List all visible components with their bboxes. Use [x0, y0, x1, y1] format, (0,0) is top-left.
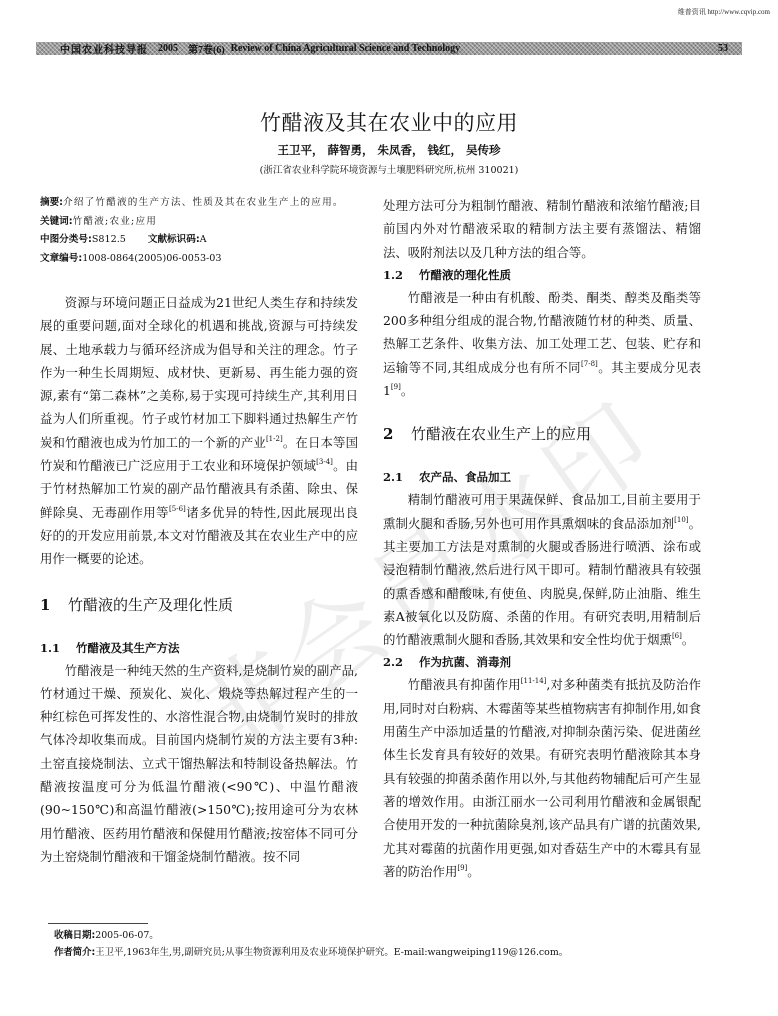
abstract-label: 摘要:	[40, 197, 63, 208]
citation: [9]	[391, 383, 401, 391]
doc-code-value: A	[200, 234, 207, 245]
section-2-1-paragraph: 精制竹醋液可用于果蔬保鲜、食品加工,目前主要用于熏制火腿和香肠,另外也可用作具熏…	[383, 488, 701, 651]
article-no-label: 文章编号:	[40, 253, 82, 264]
section-2-1-heading: 2.1农产品、食品加工	[383, 466, 701, 488]
abstract-text: 介绍了竹醋液的生产方法、性质及其在农业生产上的应用。	[63, 197, 344, 208]
left-column: 摘要:介绍了竹醋液的生产方法、性质及其在农业生产上的应用。 关键词:竹醋液;农业…	[40, 194, 358, 868]
keywords: 关键词:竹醋液;农业;应用	[40, 213, 358, 232]
classification: 中图分类号:S812.5文献标识码:A	[40, 231, 358, 250]
section-1-2-heading: 1.2竹醋液的理化性质	[383, 264, 701, 286]
abstract: 摘要:介绍了竹醋液的生产方法、性质及其在农业生产上的应用。	[40, 194, 358, 213]
section-2-2-paragraph: 竹醋液具有抑菌作用[11-14],对多种菌类有抵抗及防治作用,同时对白粉病、木霉…	[383, 673, 701, 883]
journal-header-bar: 中国农业科技导报 2005 第7卷(6) Review of China Agr…	[36, 42, 742, 55]
section-1-1-paragraph: 竹醋液是一种纯天然的生产资料,是烧制竹炭的副产品,竹材通过干燥、预炭化、炭化、煅…	[40, 659, 358, 869]
section-1-heading: 1竹醋液的生产及理化性质	[40, 593, 358, 617]
footnotes: 收稿日期:2005-06-07。 作者简介:王卫平,1963年生,男,副研究员;…	[54, 928, 754, 961]
received-date: 收稿日期:2005-06-07。	[54, 928, 754, 945]
article-number: 文章编号:1008-0864(2005)06-0053-03	[40, 250, 358, 269]
section-2-2-heading: 2.2作为抗菌、消毒剂	[383, 651, 701, 673]
citation: [1-2]	[266, 435, 283, 443]
citation: [6]	[672, 632, 682, 640]
keywords-label: 关键词:	[40, 216, 73, 227]
journal-name: 中国农业科技导报	[60, 41, 148, 56]
journal-volume: 第7卷(6)	[188, 41, 225, 56]
section-1-1-heading: 1.1竹醋液及其生产方法	[40, 637, 358, 659]
article-meta: 摘要:介绍了竹醋液的生产方法、性质及其在农业生产上的应用。 关键词:竹醋液;农业…	[40, 194, 358, 268]
citation: [3-4]	[316, 458, 333, 466]
article-no-value: 1008-0864(2005)06-0053-03	[82, 253, 221, 264]
section-1-2-paragraph: 竹醋液是一种由有机酸、酚类、酮类、醇类及酯类等200多种组分组成的混合物,竹醋液…	[383, 286, 701, 402]
keywords-text: 竹醋液;农业;应用	[73, 216, 157, 227]
section-2-heading: 2竹醋液在农业生产上的应用	[383, 422, 701, 446]
clc-label: 中图分类号:	[40, 234, 92, 245]
doc-code-label: 文献标识码:	[148, 234, 200, 245]
citation: [10]	[674, 516, 688, 524]
author-bio: 作者简介:王卫平,1963年生,男,副研究员;从事生物资源利用及农业环境保护研究…	[54, 945, 754, 962]
journal-english-name: Review of China Agricultural Science and…	[231, 43, 460, 54]
page-number: 53	[718, 43, 728, 54]
citation: [11-14]	[521, 677, 547, 685]
journal-year: 2005	[158, 43, 178, 54]
right-column: 处理方法可分为粗制竹醋液、精制竹醋液和浓缩竹醋液;目前国内外对竹醋液采取的精制方…	[383, 194, 701, 883]
affiliation: (浙江省农业科学院环境资源与土壤肥料研究所,杭州 310021)	[0, 162, 778, 176]
author-list: 王卫平， 薛智勇， 朱凤香， 钱红， 吴传珍	[0, 142, 778, 158]
section-1-1-continued: 处理方法可分为粗制竹醋液、精制竹醋液和浓缩竹醋液;目前国内外对竹醋液采取的精制方…	[383, 194, 701, 264]
citation: [9]	[457, 864, 467, 872]
citation: [5-6]	[169, 505, 186, 513]
intro-paragraph: 资源与环境问题正日益成为21世纪人类生存和持续发展的重要问题,面对全球化的机遇和…	[40, 291, 358, 571]
clc-value: S812.5	[92, 234, 126, 245]
article-title: 竹醋液及其在农业中的应用	[0, 107, 778, 137]
citation: [7-8]	[581, 360, 598, 368]
footnote-divider	[48, 923, 148, 924]
site-tag: 维普资讯 http://www.cqvip.com	[678, 7, 770, 17]
